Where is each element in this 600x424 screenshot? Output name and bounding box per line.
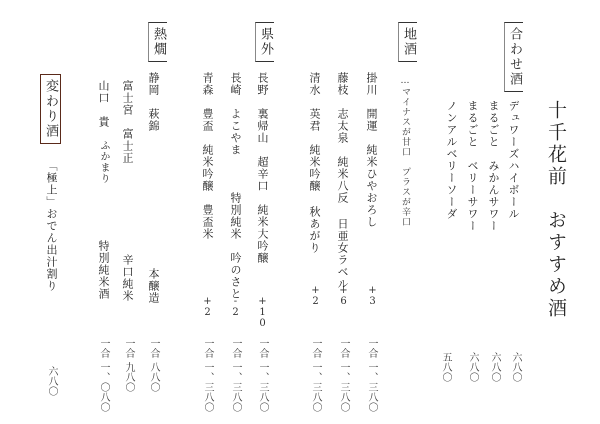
jizake-unit-1: 一合 <box>366 338 376 358</box>
atsukan-unit-1: 一合 <box>148 338 158 358</box>
section-header-atsukan: 熱燗 <box>148 22 167 62</box>
atsukan-row-1: 静岡 萩錦 <box>148 72 159 132</box>
atsukan-type-2: 辛口純米 <box>122 254 133 302</box>
jizake-sweetness-1: +3 <box>367 285 377 307</box>
awase-item-4: ノンアルベリーソーダ <box>446 100 457 220</box>
kengai-unit-1: 一合 <box>257 338 267 358</box>
section-header-awase: 合わせ酒 <box>504 22 523 92</box>
jizake-price-3: 一、三八〇 <box>310 362 320 412</box>
type: 純米吟醸 秋あがり <box>308 144 321 254</box>
type: 純米八反 日亜女ラベル <box>336 156 349 290</box>
kengai-row-3: 青森 豊盃 純米吟醸 豊盃米 <box>202 72 213 240</box>
awase-price-2: 六八〇 <box>489 352 499 382</box>
jizake-note: …マイナスが甘口 プラスが辛口 <box>400 76 409 227</box>
atsukan-unit-3: 一合 <box>98 338 108 358</box>
atsukan-type-1: 本醸造 <box>148 268 159 304</box>
atsukan-row-2: 富士宮 富士正 <box>122 80 133 164</box>
brand: 開運 <box>365 108 378 132</box>
region: 藤枝 <box>336 72 349 96</box>
kengai-unit-3: 一合 <box>202 338 212 358</box>
kawari-price-1: 六八〇 <box>46 366 56 396</box>
region: 静岡 <box>147 72 160 96</box>
jizake-row-1: 掛川 開運 純米ひやおろし <box>366 72 377 228</box>
jizake-price-2: 一、三八〇 <box>338 362 348 412</box>
brand: 貴 <box>97 116 110 128</box>
kengai-sweetness-2: -2 <box>230 296 240 318</box>
awase-price-1: 六八〇 <box>510 352 520 382</box>
awase-price-3: 六八〇 <box>467 352 477 382</box>
kengai-sweetness-3: +2 <box>202 296 212 318</box>
kengai-row-1: 長野 裏帰山 超辛口 純米大吟醸 <box>257 72 268 264</box>
brand: 志太泉 <box>336 108 349 144</box>
section-header-kawari: 変わり酒 <box>40 74 61 144</box>
region: 長崎 <box>229 72 242 96</box>
jizake-price-1: 一、三八〇 <box>366 362 376 412</box>
type: 純米ひやおろし <box>365 144 378 228</box>
jizake-unit-3: 一合 <box>310 338 320 358</box>
atsukan-price-3: 一、〇八〇 <box>98 362 108 412</box>
awase-item-1: デュワーズハイボール <box>508 100 519 220</box>
jizake-sweetness-2: +6 <box>338 285 348 307</box>
brand: 裏帰山 <box>256 108 269 144</box>
awase-price-4: 五八〇 <box>440 352 450 382</box>
atsukan-type-3: 特別純米酒 <box>98 240 109 300</box>
kengai-unit-2: 一合 <box>230 338 240 358</box>
awase-item-3: まるごと ベリーサワー <box>467 100 478 232</box>
type: 特別純米 吟のさと <box>229 192 242 300</box>
kengai-row-2: 長崎 よこやま 特別純米 吟のさと <box>230 72 241 300</box>
kengai-price-3: 一、三八〇 <box>202 362 212 412</box>
awase-item-2: まるごと みかんサワー <box>488 100 499 232</box>
region: 富士宮 <box>121 80 134 116</box>
type: 超辛口 純米大吟醸 <box>256 156 269 264</box>
atsukan-row-3: 山口 貴 ふかまり <box>98 80 109 184</box>
brand: 豊盃 <box>201 108 214 132</box>
section-header-kengai: 県外 <box>255 22 274 62</box>
jizake-sweetness-3: +2 <box>310 285 320 307</box>
brand: 英君 <box>308 108 321 132</box>
brand: 富士正 <box>121 128 134 164</box>
jizake-row-2: 藤枝 志太泉 純米八反 日亜女ラベル <box>337 72 348 290</box>
jizake-unit-2: 一合 <box>338 338 348 358</box>
section-header-jizake: 地酒 <box>398 22 417 62</box>
brand: よこやま <box>229 108 242 156</box>
menu-title: 十千花前 おすすめ酒 <box>546 100 565 320</box>
kengai-price-1: 一、三八〇 <box>257 362 267 412</box>
kengai-sweetness-1: +10 <box>257 296 267 329</box>
type: 純米吟醸 豊盃米 <box>201 144 214 240</box>
region: 山口 <box>97 80 110 104</box>
region: 清水 <box>308 72 321 96</box>
atsukan-unit-2: 一合 <box>123 338 133 358</box>
brand: 萩錦 <box>147 108 160 132</box>
kengai-price-2: 一、三八〇 <box>230 362 240 412</box>
region: 青森 <box>201 72 214 96</box>
atsukan-price-2: 九八〇 <box>123 362 133 392</box>
jizake-row-3: 清水 英君 純米吟醸 秋あがり <box>309 72 320 254</box>
region: 掛川 <box>365 72 378 96</box>
region: 長野 <box>256 72 269 96</box>
kawari-item-1: 「極上」おでん出汁割り <box>46 160 57 292</box>
sub-brand: ふかまり <box>98 140 109 184</box>
atsukan-price-1: 八八〇 <box>148 362 158 392</box>
